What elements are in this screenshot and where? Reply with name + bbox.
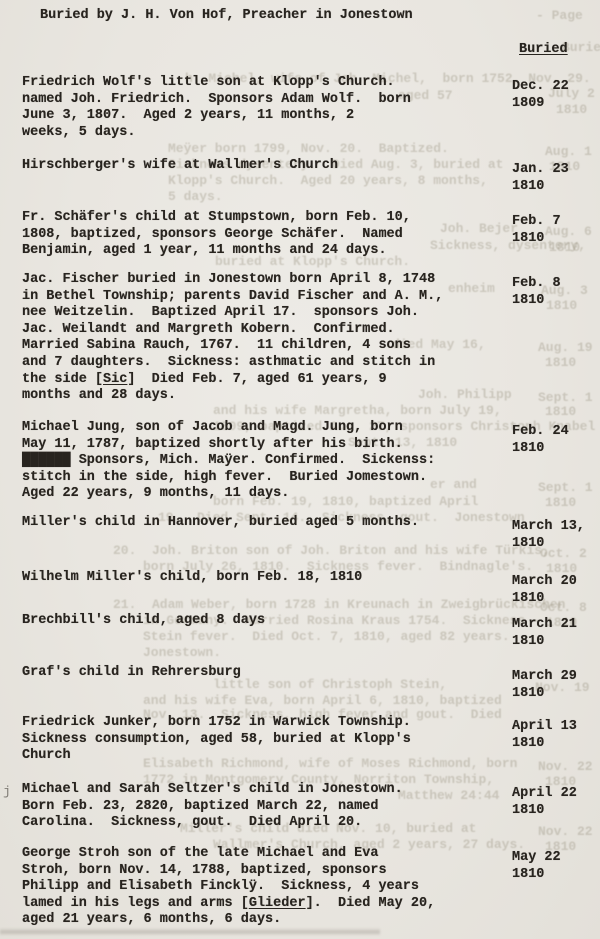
- entry-burial-date: Feb. 241810: [512, 424, 569, 457]
- entry-burial-date: Jan. 231810: [512, 162, 569, 195]
- buried-column-header: Buried: [519, 42, 568, 59]
- entry-burial-date: March 201810: [512, 574, 577, 607]
- entry-description: Friedrick Junker, born 1752 in Warwick T…: [22, 715, 497, 765]
- entry-description: Michael Jung, son of Jacob and Magd. Jun…: [22, 420, 497, 503]
- entry-description: Friedrich Wolf's little son at Klopp's C…: [22, 75, 497, 141]
- entry-description: Brechbill's child, aged 8 days: [22, 613, 497, 630]
- typed-content-layer: Buried by J. H. Von Hof, Preacher in Jon…: [0, 0, 600, 939]
- entry-burial-date: March 13,1810: [512, 519, 585, 552]
- entry-description: Michael and Sarah Seltzer's child in Jon…: [22, 782, 497, 832]
- entry-description: Fr. Schäfer's child at Stumpstown, born …: [22, 210, 497, 260]
- page-title: Buried by J. H. Von Hof, Preacher in Jon…: [40, 8, 413, 25]
- entry-burial-date: March 291810: [512, 669, 577, 702]
- entry-description: Graf's child in Rehrersburg: [22, 665, 497, 682]
- entry-description: Miller's child in Hannover, buried aged …: [22, 515, 497, 532]
- entry-burial-date: April 131810: [512, 719, 577, 752]
- entry-description: Jac. Fischer buried in Jonestown born Ap…: [22, 272, 497, 405]
- document-page: - PageBuriedh. Michel, wife of Joh. Mich…: [0, 0, 600, 939]
- stray-ink-mark: j: [3, 784, 11, 799]
- entry-description: Wilhelm Miller's child, born Feb. 18, 18…: [22, 570, 497, 587]
- entry-burial-date: Dec. 221809: [512, 79, 569, 112]
- entry-description: Hirschberger's wife at Wallmer's Church: [22, 158, 497, 175]
- entry-burial-date: May 221810: [512, 850, 561, 883]
- entry-burial-date: April 221810: [512, 786, 577, 819]
- entry-burial-date: Feb. 81810: [512, 276, 561, 309]
- entry-burial-date: Feb. 71810: [512, 214, 561, 247]
- entry-burial-date: March 211810: [512, 617, 577, 650]
- entry-description: George Stroh son of the late Michael and…: [22, 846, 497, 929]
